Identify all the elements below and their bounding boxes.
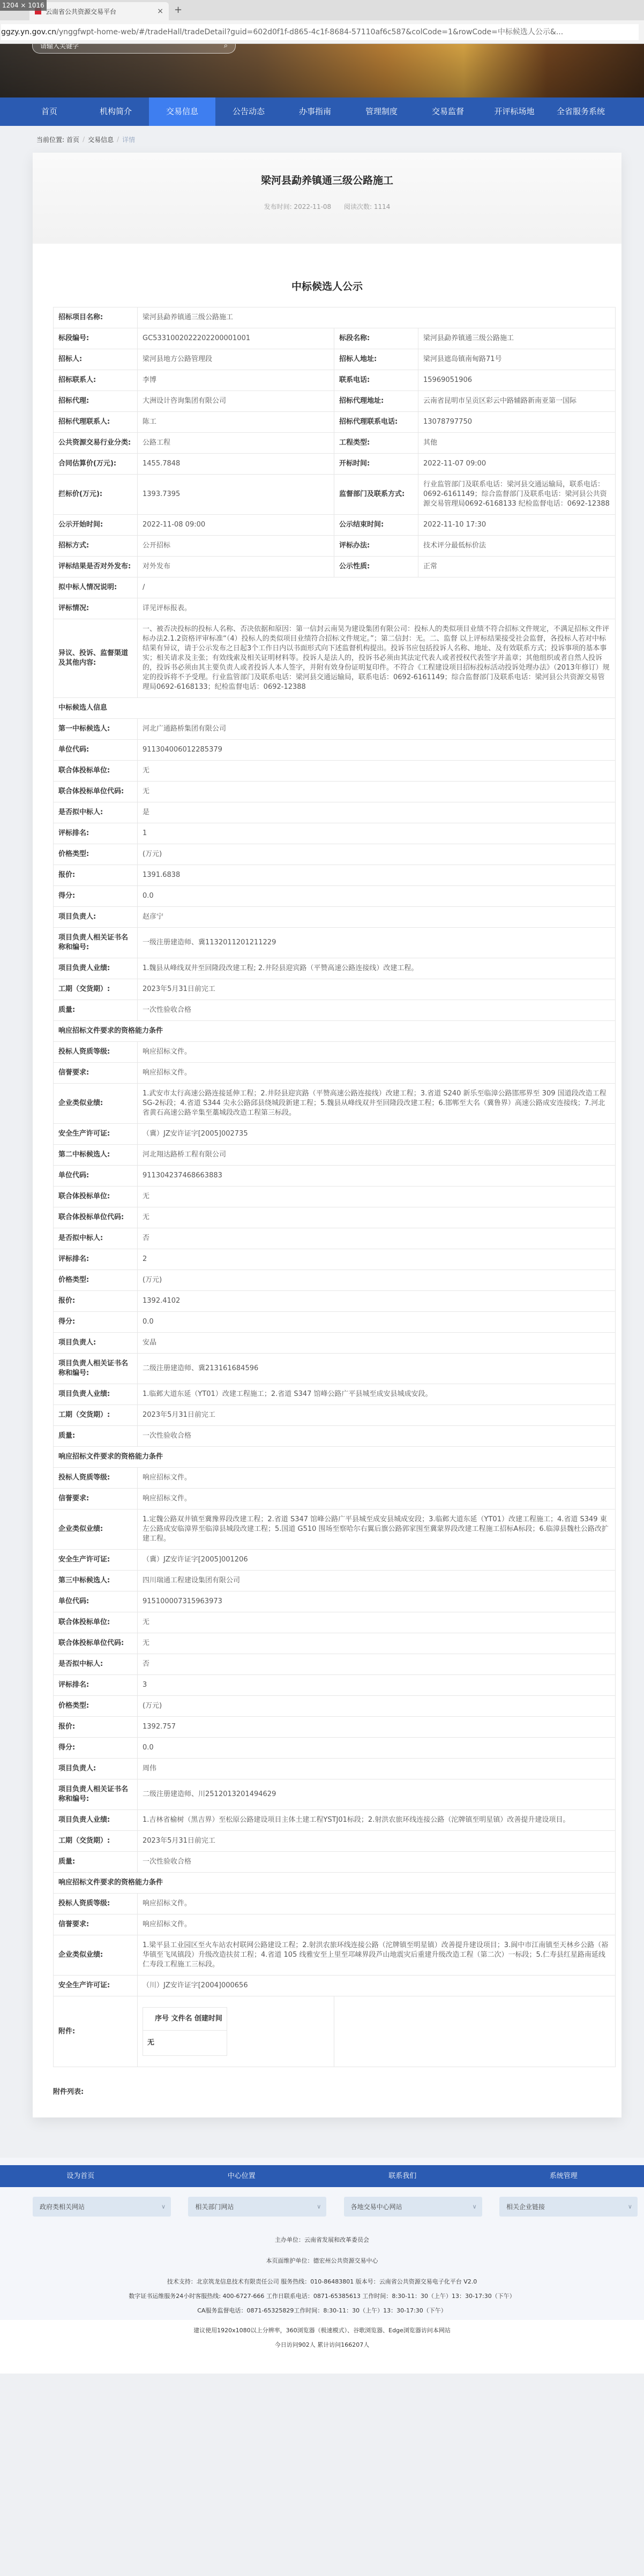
field-label: 安全生产许可证: bbox=[54, 1550, 138, 1571]
section-title: 中标候选人信息 bbox=[54, 698, 616, 719]
field-value: 响应招标文件。 bbox=[138, 1489, 616, 1509]
table-row: 联合体投标单位代码:无 bbox=[54, 1633, 616, 1654]
field-value: （冀）JZ安许证字[2005]002735 bbox=[138, 1124, 616, 1145]
browser-tab[interactable]: 云南省公共资源交易平台 × bbox=[29, 2, 169, 20]
field-value: 2023年5月31日前完工 bbox=[138, 1831, 616, 1852]
chevron-down-icon: ∨ bbox=[473, 2203, 477, 2210]
url-field[interactable]: ggzy.yn.gov.cn/ynggfwpt-home-web/#/trade… bbox=[1, 24, 639, 40]
field-label: 评标结果是否对外发布: bbox=[54, 557, 138, 577]
nav-item[interactable]: 机构简介 bbox=[83, 97, 149, 126]
field-value: 公开招标 bbox=[138, 536, 334, 557]
detail-card: 梁河县勐养镇通三级公路施工 发布时间: 2022-11-08 阅读次数: 111… bbox=[33, 153, 621, 2117]
field-label: 合同估算价(万元): bbox=[54, 454, 138, 475]
nav-item[interactable]: 办事指南 bbox=[282, 97, 348, 126]
select-label: 各地交易中心网站 bbox=[351, 2202, 402, 2211]
table-row: 是否拟中标人:是 bbox=[54, 802, 616, 823]
table-row: 得分:0.0 bbox=[54, 886, 616, 907]
field-value: (万元) bbox=[138, 1696, 616, 1717]
new-tab-icon[interactable]: + bbox=[174, 4, 182, 16]
field-value: 响应招标文件。 bbox=[138, 1042, 616, 1063]
table-row: 投标人资质等级:响应招标文件。 bbox=[54, 1468, 616, 1489]
table-row: 中标候选人信息 bbox=[54, 698, 616, 719]
field-value: 技术评分最低标价法 bbox=[418, 536, 616, 557]
field-value: 无 bbox=[138, 1612, 616, 1633]
field-label: 公示结束时间: bbox=[334, 515, 418, 536]
page-title: 梁河县勐养镇通三级公路施工 bbox=[33, 172, 621, 187]
field-label: 评标办法: bbox=[334, 536, 418, 557]
field-label: 单位代码: bbox=[54, 740, 138, 761]
field-value: 梁河县地方公路管理段 bbox=[138, 349, 334, 370]
field-label: 项目负责人业绩: bbox=[54, 1384, 138, 1405]
footer-nav-item[interactable]: 中心位置 bbox=[161, 2165, 323, 2187]
field-label: 是否拟中标人: bbox=[54, 1228, 138, 1249]
footer-nav-item[interactable]: 联系我们 bbox=[322, 2165, 483, 2187]
field-label: 招标项目名称: bbox=[54, 307, 138, 328]
field-label: 信誉要求: bbox=[54, 1063, 138, 1084]
column-header: 文件名 bbox=[171, 2014, 192, 2024]
field-value: 911304237468663883 bbox=[138, 1166, 616, 1186]
field-label: 联合体投标单位代码: bbox=[54, 1207, 138, 1228]
field-value: 是 bbox=[138, 802, 616, 823]
article-header: 梁河县勐养镇通三级公路施工 发布时间: 2022-11-08 阅读次数: 111… bbox=[33, 153, 621, 244]
field-label: 项目负责人: bbox=[54, 907, 138, 928]
table-row: 评标排名:1 bbox=[54, 823, 616, 844]
table-row: 招标方式:公开招标评标办法:技术评分最低标价法 bbox=[54, 536, 616, 557]
field-label: 价格类型: bbox=[54, 1270, 138, 1291]
field-label: 招标方式: bbox=[54, 536, 138, 557]
table-row: 企业类似业绩:1.武安市太行高速公路连接延伸工程；2.井陉县迎宾路（平赞高速公路… bbox=[54, 1084, 616, 1124]
field-value: 1 bbox=[138, 823, 616, 844]
field-label: 信誉要求: bbox=[54, 1914, 138, 1935]
table-row: 项目负责人业绩:1.吉林省榆树（黑吉界）至松原公路建设项目主体土建工程YSTJ0… bbox=[54, 1810, 616, 1831]
field-label: 得分: bbox=[54, 1312, 138, 1333]
field-label: 第一中标候选人: bbox=[54, 719, 138, 740]
field-label: 企业类似业绩: bbox=[54, 1084, 138, 1124]
field-value: 1392.757 bbox=[138, 1717, 616, 1738]
table-row: 联合体投标单位:无 bbox=[54, 761, 616, 782]
article-meta: 发布时间: 2022-11-08 阅读次数: 1114 bbox=[33, 202, 621, 211]
table-row: 投标人资质等级:响应招标文件。 bbox=[54, 1042, 616, 1063]
footer-line: 本页面维护单位：德宏州公共资源交易中心 bbox=[0, 2254, 644, 2268]
field-value: 响应招标文件。 bbox=[138, 1894, 616, 1914]
field-value: 2022-11-08 09:00 bbox=[138, 515, 334, 536]
table-row: 单位代码:911304237468663883 bbox=[54, 1166, 616, 1186]
read-count: 阅读次数: 1114 bbox=[344, 203, 390, 211]
table-row: 质量:一次性验收合格 bbox=[54, 1852, 616, 1873]
nav-item[interactable]: 管理制度 bbox=[348, 97, 415, 126]
table-row: 标段编号:GC5331002022202200001001标段名称:梁河县勐养镇… bbox=[54, 328, 616, 349]
field-value: 详见评标报表。 bbox=[138, 598, 616, 619]
field-label: 企业类似业绩: bbox=[54, 1935, 138, 1976]
field-value: 行业监管部门及联系电话：梁河县交通运输局，联系电话：0692-6161149；综… bbox=[418, 475, 616, 515]
search-placeholder: 请输入关键字 bbox=[40, 44, 224, 50]
column-header: 序号 bbox=[155, 2014, 169, 2024]
field-label: 信誉要求: bbox=[54, 1489, 138, 1509]
breadcrumb-separator: / bbox=[83, 136, 85, 143]
table-row: 单位代码:911304006012285379 bbox=[54, 740, 616, 761]
field-label: 单位代码: bbox=[54, 1166, 138, 1186]
table-row: 评标情况:详见评标报表。 bbox=[54, 598, 616, 619]
notice-title: 中标候选人公示 bbox=[33, 244, 621, 307]
table-row: 工期（交货期）:2023年5月31日前完工 bbox=[54, 1831, 616, 1852]
field-value: 1393.7395 bbox=[138, 475, 334, 515]
chevron-down-icon: ∨ bbox=[628, 2203, 632, 2210]
field-label: 招标代理联系电话: bbox=[334, 412, 418, 433]
table-row: 项目负责人相关证书名称和编号:一级注册建造师、冀113201120121​122… bbox=[54, 928, 616, 958]
field-label: 质量: bbox=[54, 1000, 138, 1021]
breadcrumb-current: 详情 bbox=[122, 135, 135, 144]
field-label: 安全生产许可证: bbox=[54, 1976, 138, 1996]
nav-item[interactable]: 开评标场地 bbox=[481, 97, 548, 126]
field-value: 二级注册建造师、冀213161684596 bbox=[138, 1354, 616, 1384]
field-label: 标段名称: bbox=[334, 328, 418, 349]
table-row: 安全生产许可证:（冀）JZ安许证字[2005]001206 bbox=[54, 1550, 616, 1571]
field-label: 报价: bbox=[54, 1291, 138, 1312]
url-path: /ynggfwpt-home-web/#/tradeHall/tradeDeta… bbox=[56, 28, 563, 36]
candidate-name: 河北翔达路桥工程有限公司 bbox=[138, 1145, 616, 1166]
field-label: 工期（交货期）: bbox=[54, 1831, 138, 1852]
field-value: 2022-11-10 17:30 bbox=[418, 515, 616, 536]
field-label: 项目负责人相关证书名称和编号: bbox=[54, 1354, 138, 1384]
table-row: 报价:1391.6838 bbox=[54, 865, 616, 886]
field-value: 对外发布 bbox=[138, 557, 334, 577]
field-value: 一级注册建造师、冀113201120121​1229 bbox=[138, 928, 616, 958]
table-row: 质量:一次性验收合格 bbox=[54, 1000, 616, 1021]
field-label: 项目负责人: bbox=[54, 1759, 138, 1779]
table-row: 项目负责人:赵彦宁 bbox=[54, 907, 616, 928]
field-label: 监督部门及联系方式: bbox=[334, 475, 418, 515]
footer-line: 数字证书运维服务24小时客服热线: 400-6727-666 工作日联系电话：0… bbox=[0, 2289, 644, 2303]
table-row: 项目负责人业绩:1.临邺大道东延（YT01）改建工程施工；2.省道 S347 馆… bbox=[54, 1384, 616, 1405]
related-links-select[interactable]: 相关部门网站∨ bbox=[188, 2197, 326, 2217]
table-row: 工期（交货期）:2023年5月31日前完工 bbox=[54, 979, 616, 1000]
table-row: 价格类型:(万元) bbox=[54, 1270, 616, 1291]
field-value: 1.定魏公路双井镇至冀豫界段改建工程；2.省道 S347 馆峰公路广平县城至成安… bbox=[138, 1509, 616, 1550]
field-label: 第三中标候选人: bbox=[54, 1571, 138, 1591]
field-label: 公示性质: bbox=[334, 557, 418, 577]
field-value: 911304006012285379 bbox=[138, 740, 616, 761]
candidate-row: 第一中标候选人:河北广通路桥集团有限公司 bbox=[54, 719, 616, 740]
empty-cell bbox=[334, 1996, 616, 2067]
url-host: ggzy.yn.gov.cn bbox=[1, 28, 56, 36]
field-label: 招标人地址: bbox=[334, 349, 418, 370]
table-row: 联合体投标单位:无 bbox=[54, 1186, 616, 1207]
notice-table: 招标项目名称: 梁河县勐养镇通三级公路施工 标段编号:GC53310020222… bbox=[53, 307, 616, 2067]
table-row: 是否拟中标人:否 bbox=[54, 1654, 616, 1675]
field-label: 招标代理: bbox=[54, 391, 138, 412]
field-value: 无 bbox=[138, 1633, 616, 1654]
field-label: 单位代码: bbox=[54, 1591, 138, 1612]
field-value: 915100007315963973 bbox=[138, 1591, 616, 1612]
breadcrumb-trade-info[interactable]: 交易信息 bbox=[88, 135, 114, 144]
field-label: 项目负责人业绩: bbox=[54, 1810, 138, 1831]
field-value: 一、被否决投标的投标人名称、否决依据和原因：第一信封云南昊为建设集团有限公司：投… bbox=[138, 619, 616, 698]
table-row: 项目负责人相关证书名称和编号:二级注册建造师、冀213161684596 bbox=[54, 1354, 616, 1384]
candidate-row: 第二中标候选人:河北翔达路桥工程有限公司 bbox=[54, 1145, 616, 1166]
field-value: 2023年5月31日前完工 bbox=[138, 979, 616, 1000]
related-links-select[interactable]: 相关企业链接∨ bbox=[499, 2197, 638, 2217]
footer-nav-item[interactable]: 系统管理 bbox=[483, 2165, 644, 2187]
table-row: 得分:0.0 bbox=[54, 1312, 616, 1333]
table-row: 公示开始时间:2022-11-08 09:00公示结束时间:2022-11-10… bbox=[54, 515, 616, 536]
field-label: 报价: bbox=[54, 865, 138, 886]
field-value: 正常 bbox=[418, 557, 616, 577]
table-row: 拦标价(万元):1393.7395监督部门及联系方式:行业监管部门及联系电话：梁… bbox=[54, 475, 616, 515]
attachment-list-label: 附件列表: bbox=[53, 2086, 621, 2096]
field-label: 价格类型: bbox=[54, 1696, 138, 1717]
table-row: 联合体投标单位:无 bbox=[54, 1612, 616, 1633]
field-value: 赵彦宁 bbox=[138, 907, 616, 928]
field-value: 梁河县勐养镇通三级公路施工 bbox=[418, 328, 616, 349]
table-row: 评标结果是否对外发布:对外发布公示性质:正常 bbox=[54, 557, 616, 577]
field-value: 梁河县勐养镇通三级公路施工 bbox=[138, 307, 616, 328]
table-row: 评标排名:3 bbox=[54, 1675, 616, 1696]
select-label: 政府类相关网站 bbox=[40, 2202, 85, 2211]
browser-tip: 建议使用1920x1080以上分辨率，360浏览器（极速模式）、谷歌浏览器、Ed… bbox=[0, 2323, 644, 2338]
table-row: 附件:序号文件名创建时间无 bbox=[54, 1996, 616, 2067]
field-value: 0.0 bbox=[138, 1312, 616, 1333]
tab-title: 云南省公共资源交易平台 bbox=[46, 7, 157, 16]
visit-counter: 今日访问902人 累计访问166207人 bbox=[0, 2338, 644, 2352]
table-row: 项目负责人相关证书名称和编号:二级注册建造师、川251201320149​462… bbox=[54, 1779, 616, 1810]
table-row: 工期（交货期）:2023年5月31日前完工 bbox=[54, 1405, 616, 1426]
field-value: 梁河县遮岛镇南甸路71号 bbox=[418, 349, 616, 370]
table-row: 是否拟中标人:否 bbox=[54, 1228, 616, 1249]
field-value: 15969051906 bbox=[418, 370, 616, 391]
field-value: 3 bbox=[138, 1675, 616, 1696]
field-value: 一次性验收合格 bbox=[138, 1426, 616, 1447]
field-label: 报价: bbox=[54, 1717, 138, 1738]
field-label: 公共资源交易行业分类: bbox=[54, 433, 138, 454]
address-bar[interactable]: ggzy.yn.gov.cn/ynggfwpt-home-web/#/trade… bbox=[0, 20, 644, 44]
field-value: GC5331002022202200001001 bbox=[138, 328, 334, 349]
nav-item[interactable]: 首页 bbox=[16, 97, 83, 126]
field-label: 联合体投标单位代码: bbox=[54, 782, 138, 802]
table-row: 招标联系人:李博联系电话:15969051906 bbox=[54, 370, 616, 391]
field-value: 1455.7848 bbox=[138, 454, 334, 475]
field-label: 联合体投标单位: bbox=[54, 1186, 138, 1207]
field-value: (万元) bbox=[138, 1270, 616, 1291]
field-label: 评标情况: bbox=[54, 598, 138, 619]
footer-line: 主办单位：云南省发展和改革委员会 bbox=[0, 2233, 644, 2247]
field-label: 项目负责人: bbox=[54, 1333, 138, 1354]
field-value: （川）JZ安许证字[2004]000656 bbox=[138, 1976, 616, 1996]
field-label: 投标人资质等级: bbox=[54, 1042, 138, 1063]
field-label: 是否拟中标人: bbox=[54, 802, 138, 823]
field-value: 一次性验收合格 bbox=[138, 1852, 616, 1873]
field-label: 工期（交货期）: bbox=[54, 979, 138, 1000]
table-row: 信誉要求:响应招标文件。 bbox=[54, 1489, 616, 1509]
table-row: 拟中标人情况说明:/ bbox=[54, 577, 616, 598]
field-label: 工期（交货期）: bbox=[54, 1405, 138, 1426]
table-row: 合同估算价(万元):1455.7848开标时间:2022-11-07 09:00 bbox=[54, 454, 616, 475]
section-title: 响应招标文件要求的资格能力条件 bbox=[54, 1021, 616, 1042]
field-label: 质量: bbox=[54, 1852, 138, 1873]
table-row: 单位代码:915100007315963973 bbox=[54, 1591, 616, 1612]
field-label: 是否拟中标人: bbox=[54, 1654, 138, 1675]
size-badge: 1204 × 1016 bbox=[0, 0, 47, 11]
table-row: 响应招标文件要求的资格能力条件 bbox=[54, 1873, 616, 1894]
field-label: 标段编号: bbox=[54, 328, 138, 349]
field-value: 13078797750 bbox=[418, 412, 616, 433]
footer-line: 技术支持：北京筑龙信息技术有限责任公司 服务热线：010-86483801 版本… bbox=[0, 2274, 644, 2289]
field-value: 无 bbox=[138, 1207, 616, 1228]
field-label: 评标排名: bbox=[54, 823, 138, 844]
field-value: 2 bbox=[138, 1249, 616, 1270]
table-row: 报价:1392.4102 bbox=[54, 1291, 616, 1312]
nav-item[interactable]: 交易监督 bbox=[415, 97, 481, 126]
field-label: 异议、投诉、监督渠道及其他内容: bbox=[54, 619, 138, 698]
table-row: 投标人资质等级:响应招标文件。 bbox=[54, 1894, 616, 1914]
field-label: 价格类型: bbox=[54, 844, 138, 865]
field-label: 拦标价(万元): bbox=[54, 475, 138, 515]
table-row: 价格类型:(万元) bbox=[54, 844, 616, 865]
field-value: 无 bbox=[138, 761, 616, 782]
table-row: 项目负责人:安晶 bbox=[54, 1333, 616, 1354]
table-row: 招标人:梁河县地方公路管理段招标人地址:梁河县遮岛镇南甸路71号 bbox=[54, 349, 616, 370]
main-nav: 首页机构简介交易信息公告动态办事指南管理制度交易监督开评标场地全省服务系统 bbox=[0, 97, 644, 126]
table-row: 联合体投标单位代码:无 bbox=[54, 1207, 616, 1228]
section-title: 响应招标文件要求的资格能力条件 bbox=[54, 1873, 616, 1894]
field-value: / bbox=[138, 577, 616, 598]
footer-info: 主办单位：云南省发展和改革委员会 本页面维护单位：德宏州公共资源交易中心 技术支… bbox=[0, 2217, 644, 2320]
breadcrumb-home[interactable]: 首页 bbox=[66, 135, 79, 144]
select-label: 相关企业链接 bbox=[506, 2202, 545, 2211]
table-row: 信誉要求:响应招标文件。 bbox=[54, 1914, 616, 1935]
field-label: 联合体投标单位代码: bbox=[54, 1633, 138, 1654]
field-label: 招标人: bbox=[54, 349, 138, 370]
select-label: 相关部门网站 bbox=[195, 2202, 234, 2211]
search-input[interactable]: 请输入关键字 ⌕ bbox=[32, 44, 236, 54]
table-row: 异议、投诉、监督渠道及其他内容:一、被否决投标的投标人名称、否决依据和原因：第一… bbox=[54, 619, 616, 698]
field-value: 无 bbox=[138, 1186, 616, 1207]
field-label: 项目负责人相关证书名称和编号: bbox=[54, 928, 138, 958]
candidate-name: 河北广通路桥集团有限公司 bbox=[138, 719, 616, 740]
search-icon[interactable]: ⌕ bbox=[224, 44, 228, 50]
field-value: （冀）JZ安许证字[2005]001206 bbox=[138, 1550, 616, 1571]
field-value: 云南省昆明市呈贡区彩云中路辅路新南亚第一国际 bbox=[418, 391, 616, 412]
field-value: 响应招标文件。 bbox=[138, 1468, 616, 1489]
table-row: 项目负责人业绩:1.魏县从峰线双井至回隆段改建工程; 2.井陉县迎宾路（平赞高速… bbox=[54, 958, 616, 979]
table-row: 得分:0.0 bbox=[54, 1738, 616, 1759]
field-label: 质量: bbox=[54, 1426, 138, 1447]
attachment-table-header: 序号文件名创建时间 bbox=[143, 2008, 227, 2031]
table-row: 报价:1392.757 bbox=[54, 1717, 616, 1738]
related-links-select[interactable]: 政府类相关网站∨ bbox=[33, 2197, 171, 2217]
field-label: 招标代理地址: bbox=[334, 391, 418, 412]
field-value: 1.武安市太行高速公路连接延伸工程；2.井陉县迎宾路（平赞高速公路连接线）改建工… bbox=[138, 1084, 616, 1124]
table-row: 联合体投标单位代码:无 bbox=[54, 782, 616, 802]
field-value: 2022-11-07 09:00 bbox=[418, 454, 616, 475]
table-row: 招标代理:大洲设计咨询集团有限公司招标代理地址:云南省昆明市呈贡区彩云中路辅路新… bbox=[54, 391, 616, 412]
field-value: 一次性验收合格 bbox=[138, 1000, 616, 1021]
footer-nav-item[interactable]: 设为首页 bbox=[0, 2165, 161, 2187]
field-value: 二级注册建造师、川251201320149​4629 bbox=[138, 1779, 616, 1810]
field-label: 开标时间: bbox=[334, 454, 418, 475]
table-row: 公共资源交易行业分类:公路工程工程类型:其他 bbox=[54, 433, 616, 454]
field-label: 招标代理联系人: bbox=[54, 412, 138, 433]
field-value: 无 bbox=[138, 782, 616, 802]
table-row: 企业类似业绩:1.梁平县工业园区至火车站农村联网公路建设工程；2.射洪农旅环线连… bbox=[54, 1935, 616, 1976]
attachment-table: 序号文件名创建时间无 bbox=[143, 2007, 227, 2056]
field-value: 其他 bbox=[418, 433, 616, 454]
field-value: 否 bbox=[138, 1654, 616, 1675]
field-label: 公示开始时间: bbox=[54, 515, 138, 536]
table-row: 项目负责人:周伟 bbox=[54, 1759, 616, 1779]
browser-tab-strip: 1204 × 1016 云南省公共资源交易平台 × + bbox=[0, 0, 644, 20]
breadcrumb-prefix: 当前位置: bbox=[36, 135, 64, 144]
field-label: 得分: bbox=[54, 1738, 138, 1759]
related-links-select[interactable]: 各地交易中心网站∨ bbox=[344, 2197, 482, 2217]
breadcrumb: 当前位置: 首页 / 交易信息 / 详情 bbox=[0, 126, 644, 153]
publish-date: 发布时间: 2022-11-08 bbox=[264, 203, 332, 211]
chevron-down-icon: ∨ bbox=[161, 2203, 166, 2210]
footer-bottom: 建议使用1920x1080以上分辨率，360浏览器（极速模式）、谷歌浏览器、Ed… bbox=[0, 2320, 644, 2374]
table-row: 质量:一次性验收合格 bbox=[54, 1426, 616, 1447]
field-value: 否 bbox=[138, 1228, 616, 1249]
field-label: 招标联系人: bbox=[54, 370, 138, 391]
footer-nav: 设为首页中心位置联系我们系统管理 bbox=[0, 2165, 644, 2187]
candidate-row: 第三中标候选人:四川瑞通工程建设集团有限公司 bbox=[54, 1571, 616, 1591]
header-banner: 请输入关键字 ⌕ bbox=[0, 44, 644, 97]
table-row: 评标排名:2 bbox=[54, 1249, 616, 1270]
field-value: 安晶 bbox=[138, 1333, 616, 1354]
field-label: 联合体投标单位: bbox=[54, 761, 138, 782]
field-label: 项目负责人相关证书名称和编号: bbox=[54, 1779, 138, 1810]
table-row: 企业类似业绩:1.定魏公路双井镇至冀豫界段改建工程；2.省道 S347 馆峰公路… bbox=[54, 1509, 616, 1550]
nav-item[interactable]: 公告动态 bbox=[215, 97, 282, 126]
field-label: 投标人资质等级: bbox=[54, 1468, 138, 1489]
field-label: 项目负责人业绩: bbox=[54, 958, 138, 979]
table-row: 响应招标文件要求的资格能力条件 bbox=[54, 1447, 616, 1468]
column-header: 创建时间 bbox=[194, 2014, 222, 2024]
table-row: 响应招标文件要求的资格能力条件 bbox=[54, 1021, 616, 1042]
field-value: 周伟 bbox=[138, 1759, 616, 1779]
breadcrumb-separator: / bbox=[117, 136, 119, 143]
table-row: 安全生产许可证:（川）JZ安许证字[2004]000656 bbox=[54, 1976, 616, 1996]
field-value: 李博 bbox=[138, 370, 334, 391]
field-label: 附件: bbox=[54, 1996, 138, 2067]
nav-item[interactable]: 交易信息 bbox=[149, 97, 215, 126]
footer: 政府类相关网站∨相关部门网站∨各地交易中心网站∨相关企业链接∨ 主办单位：云南省… bbox=[0, 2187, 644, 2320]
table-row: 招标项目名称: 梁河县勐养镇通三级公路施工 bbox=[54, 307, 616, 328]
attachment-empty: 无 bbox=[143, 2031, 227, 2055]
field-label: 评标排名: bbox=[54, 1675, 138, 1696]
candidate-name: 四川瑞通工程建设集团有限公司 bbox=[138, 1571, 616, 1591]
section-title: 响应招标文件要求的资格能力条件 bbox=[54, 1447, 616, 1468]
field-value: 0.0 bbox=[138, 1738, 616, 1759]
footer-line: CA服务监督电话：0871-65325829工作时间：8:30-11：30（上午… bbox=[0, 2303, 644, 2318]
table-row: 招标代理联系人:陈工招标代理联系电话:13078797750 bbox=[54, 412, 616, 433]
field-value: 1.吉林省榆树（黑吉界）至松原公路建设项目主体土建工程YSTJ01标段；2.射洪… bbox=[138, 1810, 616, 1831]
nav-item[interactable]: 全省服务系统 bbox=[548, 97, 614, 126]
close-tab-icon[interactable]: × bbox=[157, 7, 163, 16]
field-label: 投标人资质等级: bbox=[54, 1894, 138, 1914]
table-row: 价格类型:(万元) bbox=[54, 1696, 616, 1717]
field-value: (万元) bbox=[138, 844, 616, 865]
field-label: 联系电话: bbox=[334, 370, 418, 391]
field-value: 公路工程 bbox=[138, 433, 334, 454]
field-value: 2023年5月31日前完工 bbox=[138, 1405, 616, 1426]
field-label: 安全生产许可证: bbox=[54, 1124, 138, 1145]
field-label: 工程类型: bbox=[334, 433, 418, 454]
chevron-down-icon: ∨ bbox=[317, 2203, 321, 2210]
field-label: 企业类似业绩: bbox=[54, 1509, 138, 1550]
field-label: 拟中标人情况说明: bbox=[54, 577, 138, 598]
field-value: 1392.4102 bbox=[138, 1291, 616, 1312]
related-links: 政府类相关网站∨相关部门网站∨各地交易中心网站∨相关企业链接∨ bbox=[0, 2197, 638, 2217]
field-value: 响应招标文件。 bbox=[138, 1063, 616, 1084]
